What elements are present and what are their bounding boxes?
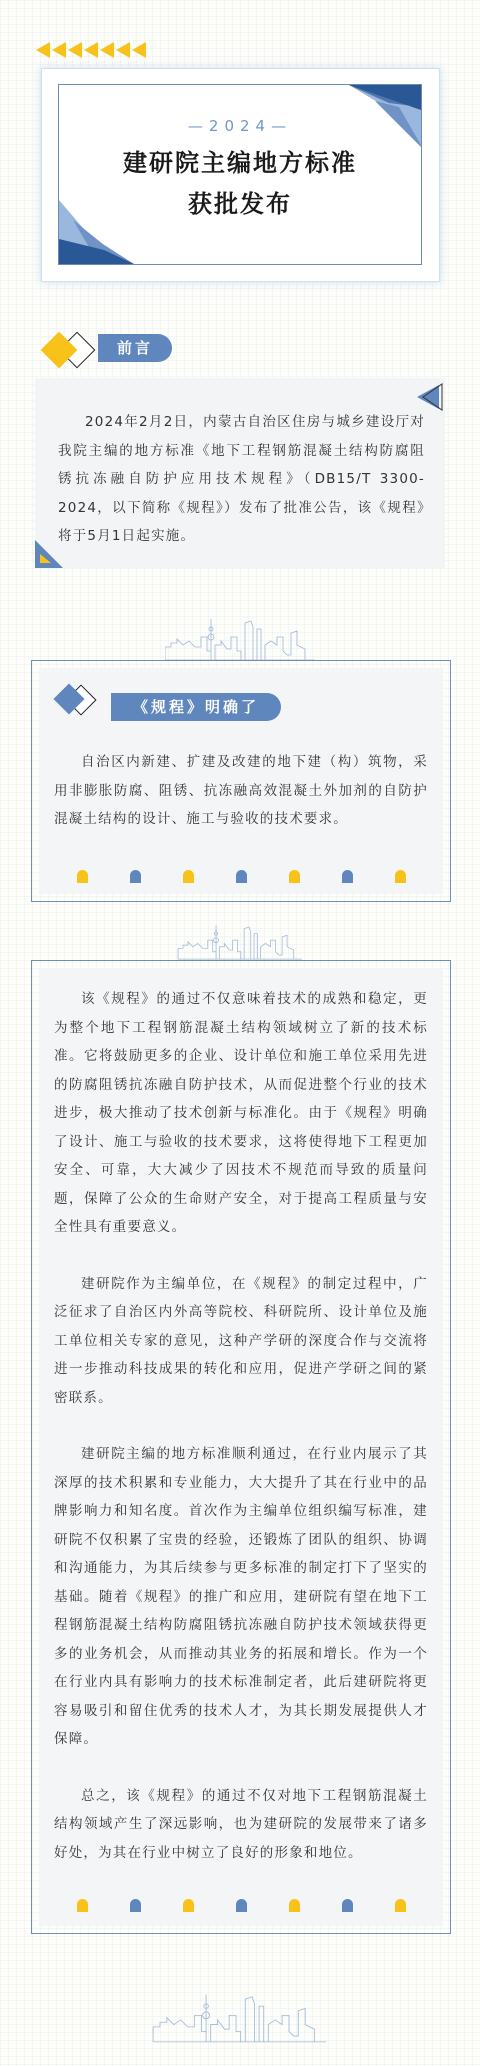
dot-icon xyxy=(77,870,88,883)
diamond-icon xyxy=(54,681,108,721)
title-frame: —2024— 建研院主编地方标准 获批发布 xyxy=(58,84,422,265)
dot-icon xyxy=(236,1899,247,1912)
dot-icon xyxy=(289,870,300,883)
page-title-line2: 获批发布 xyxy=(59,184,421,219)
blue-triangle-icon xyxy=(413,383,443,411)
dot-icon xyxy=(342,1899,353,1912)
dot-icon xyxy=(183,1899,194,1912)
left-arrow-icon xyxy=(68,42,82,58)
yellow-arrow-row xyxy=(36,42,146,58)
impact-paragraph: 建研院主编的地方标准顺利通过，在行业内展示了其深厚的技术积累和专业能力，大大提升… xyxy=(54,1440,428,1754)
dot-icon xyxy=(395,870,406,883)
dot-icon xyxy=(183,870,194,883)
impact-card: 该《规程》的通过不仅意味着技术的成熟和稳定，更为整个地下工程钢筋混凝土结构领域树… xyxy=(31,960,451,1934)
diamond-icon xyxy=(40,330,94,370)
city-skyline-icon xyxy=(175,922,305,960)
year-label: —2024— xyxy=(59,117,421,135)
preface-card: 2024年2月2日，内蒙古自治区住房与城乡建设厅对我院主编的地方标准《地下工程钢… xyxy=(35,378,445,568)
city-skyline-icon xyxy=(152,1990,327,2043)
left-arrow-icon xyxy=(36,42,50,58)
dot-row xyxy=(32,870,450,883)
requirements-card: 《规程》明确了 自治区内新建、扩建及改建的地下建（构）筑物，采用非膨胀防腐、阻锈… xyxy=(31,660,451,902)
dot-icon xyxy=(77,1899,88,1912)
dot-icon xyxy=(236,870,247,883)
left-arrow-icon xyxy=(84,42,98,58)
impact-paragraph: 总之，该《规程》的通过不仅对地下工程钢筋混凝土结构领域产生了深远影响，也为建研院… xyxy=(54,1782,428,1868)
corner-triangle-icon xyxy=(35,538,65,568)
page-title-line1: 建研院主编地方标准 xyxy=(59,143,421,178)
section-label-requirements: 《规程》明确了 xyxy=(111,693,281,721)
impact-paragraph: 该《规程》的通过不仅意味着技术的成熟和稳定，更为整个地下工程钢筋混凝土结构领域树… xyxy=(54,985,428,1242)
dot-icon xyxy=(130,870,141,883)
dot-icon xyxy=(289,1899,300,1912)
left-arrow-icon xyxy=(116,42,130,58)
city-skyline-icon xyxy=(165,615,315,661)
dot-row xyxy=(32,1899,450,1912)
preface-text: 2024年2月2日，内蒙古自治区住房与城乡建设厅对我院主编的地方标准《地下工程钢… xyxy=(58,408,425,551)
dot-icon xyxy=(130,1899,141,1912)
dot-icon xyxy=(342,870,353,883)
dot-icon xyxy=(395,1899,406,1912)
impact-body: 该《规程》的通过不仅意味着技术的成熟和稳定，更为整个地下工程钢筋混凝土结构领域树… xyxy=(54,985,428,1867)
impact-paragraph: 建研院作为主编单位，在《规程》的制定过程中，广泛征求了自治区内外高等院校、科研院… xyxy=(54,1270,428,1413)
section-label-preface: 前言 xyxy=(98,334,172,362)
left-arrow-icon xyxy=(100,42,114,58)
requirements-text: 自治区内新建、扩建及改建的地下建（构）筑物，采用非膨胀防腐、阻锈、抗冻融高效混凝… xyxy=(54,748,428,834)
left-arrow-icon xyxy=(52,42,66,58)
left-arrow-icon xyxy=(132,42,146,58)
